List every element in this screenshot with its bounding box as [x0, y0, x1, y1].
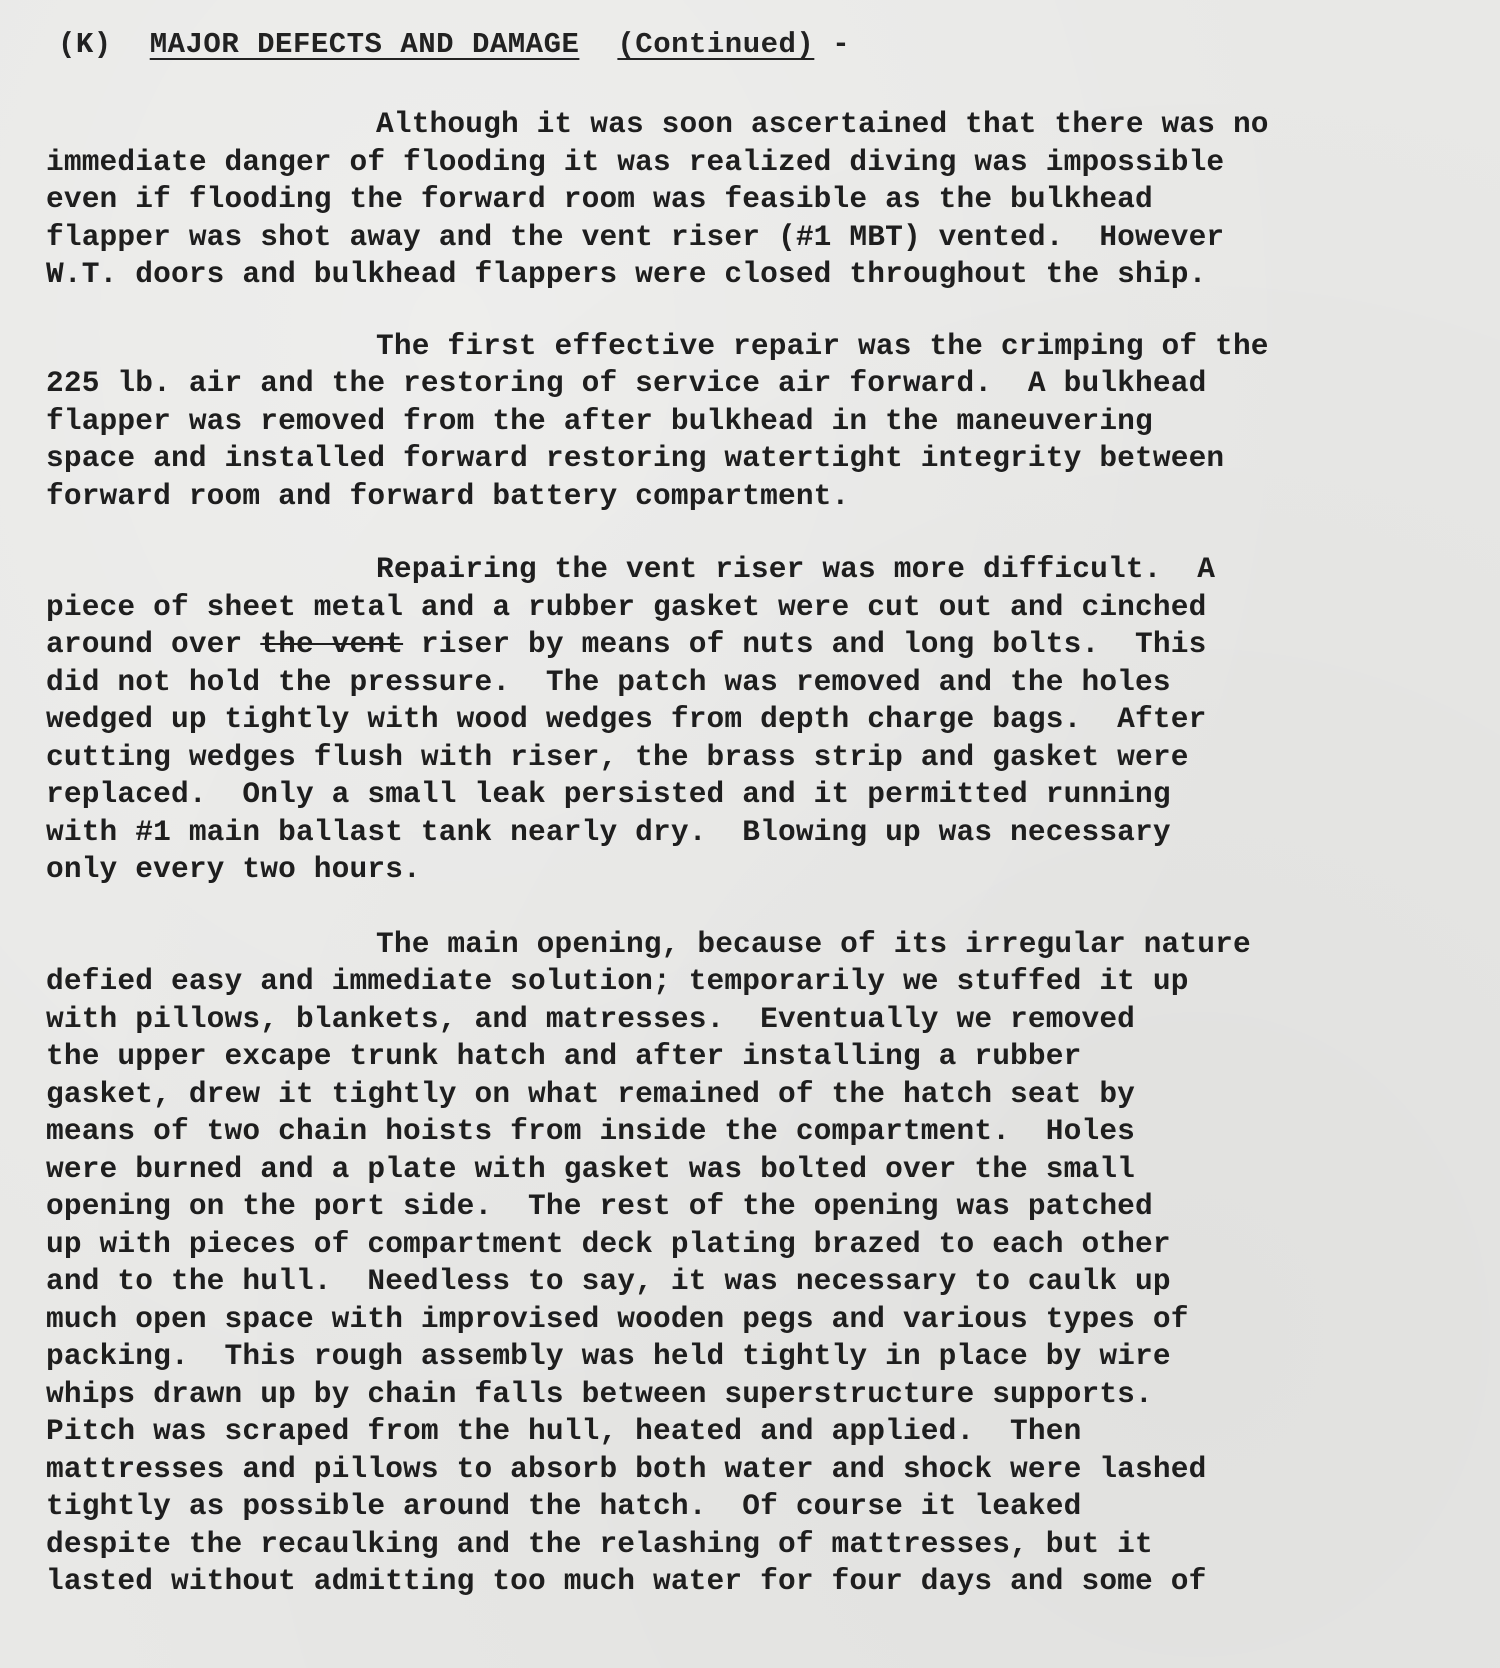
text-line: Pitch was scraped from the hull, heated …: [46, 1413, 1476, 1451]
text-line: replaced. Only a small leak persisted an…: [46, 776, 1476, 814]
text-line: Repairing the vent riser was more diffic…: [46, 551, 1476, 589]
text-line: defied easy and immediate solution; temp…: [46, 963, 1476, 1001]
text-line: packing. This rough assembly was held ti…: [46, 1338, 1476, 1376]
text-line: space and installed forward restoring wa…: [46, 440, 1476, 478]
text-line: lasted without admitting too much water …: [46, 1563, 1476, 1601]
text-line: piece of sheet metal and a rubber gasket…: [46, 589, 1476, 627]
text-line: despite the recaulking and the relashing…: [46, 1526, 1476, 1564]
section-label: (K): [58, 28, 112, 61]
section-suffix: (Continued): [617, 28, 814, 61]
text-line: W.T. doors and bulkhead flappers were cl…: [46, 256, 1476, 294]
text-line: The first effective repair was the crimp…: [46, 328, 1476, 366]
text-line: The main opening, because of its irregul…: [46, 926, 1476, 964]
text-line: flapper was removed from the after bulkh…: [46, 403, 1476, 441]
text-line: means of two chain hoists from inside th…: [46, 1113, 1476, 1151]
text-line: even if flooding the forward room was fe…: [46, 181, 1476, 219]
text-line: forward room and forward battery compart…: [46, 478, 1476, 516]
text-line: with #1 main ballast tank nearly dry. Bl…: [46, 814, 1476, 852]
struck-text: the vent: [260, 627, 403, 661]
section-heading: (K)MAJOR DEFECTS AND DAMAGE(Continued) -: [58, 28, 850, 61]
text-line: tightly as possible around the hatch. Of…: [46, 1488, 1476, 1526]
text-line: were burned and a plate with gasket was …: [46, 1151, 1476, 1189]
text-line: with pillows, blankets, and matresses. E…: [46, 1001, 1476, 1039]
text-line: Although it was soon ascertained that th…: [46, 106, 1476, 144]
document-body: Although it was soon ascertained that th…: [46, 106, 1476, 1638]
paragraph-first-repair: The first effective repair was the crimp…: [46, 328, 1476, 516]
text-line-with-strikethrough: around over the vent riser by means of n…: [46, 626, 1476, 664]
paragraph-vent-riser: Repairing the vent riser was more diffic…: [46, 551, 1476, 889]
text-line: whips drawn up by chain falls between su…: [46, 1376, 1476, 1414]
text-line: gasket, drew it tightly on what remained…: [46, 1076, 1476, 1114]
section-title: MAJOR DEFECTS AND DAMAGE: [150, 28, 580, 61]
text-line: did not hold the pressure. The patch was…: [46, 664, 1476, 702]
text-line: immediate danger of flooding it was real…: [46, 144, 1476, 182]
text-line: much open space with improvised wooden p…: [46, 1301, 1476, 1339]
paragraph-main-opening: The main opening, because of its irregul…: [46, 926, 1476, 1601]
text-line: flapper was shot away and the vent riser…: [46, 219, 1476, 257]
paragraph-flooding: Although it was soon ascertained that th…: [46, 106, 1476, 294]
section-dash: -: [832, 28, 850, 61]
text-line: wedged up tightly with wood wedges from …: [46, 701, 1476, 739]
text-line: only every two hours.: [46, 851, 1476, 889]
text-line: cutting wedges flush with riser, the bra…: [46, 739, 1476, 777]
text-line: mattresses and pillows to absorb both wa…: [46, 1451, 1476, 1489]
text-line: the upper excape trunk hatch and after i…: [46, 1038, 1476, 1076]
text-line: and to the hull. Needless to say, it was…: [46, 1263, 1476, 1301]
text-line: up with pieces of compartment deck plati…: [46, 1226, 1476, 1264]
text-line: opening on the port side. The rest of th…: [46, 1188, 1476, 1226]
text-line: 225 lb. air and the restoring of service…: [46, 365, 1476, 403]
document-page: (K)MAJOR DEFECTS AND DAMAGE(Continued) -…: [0, 0, 1500, 1668]
